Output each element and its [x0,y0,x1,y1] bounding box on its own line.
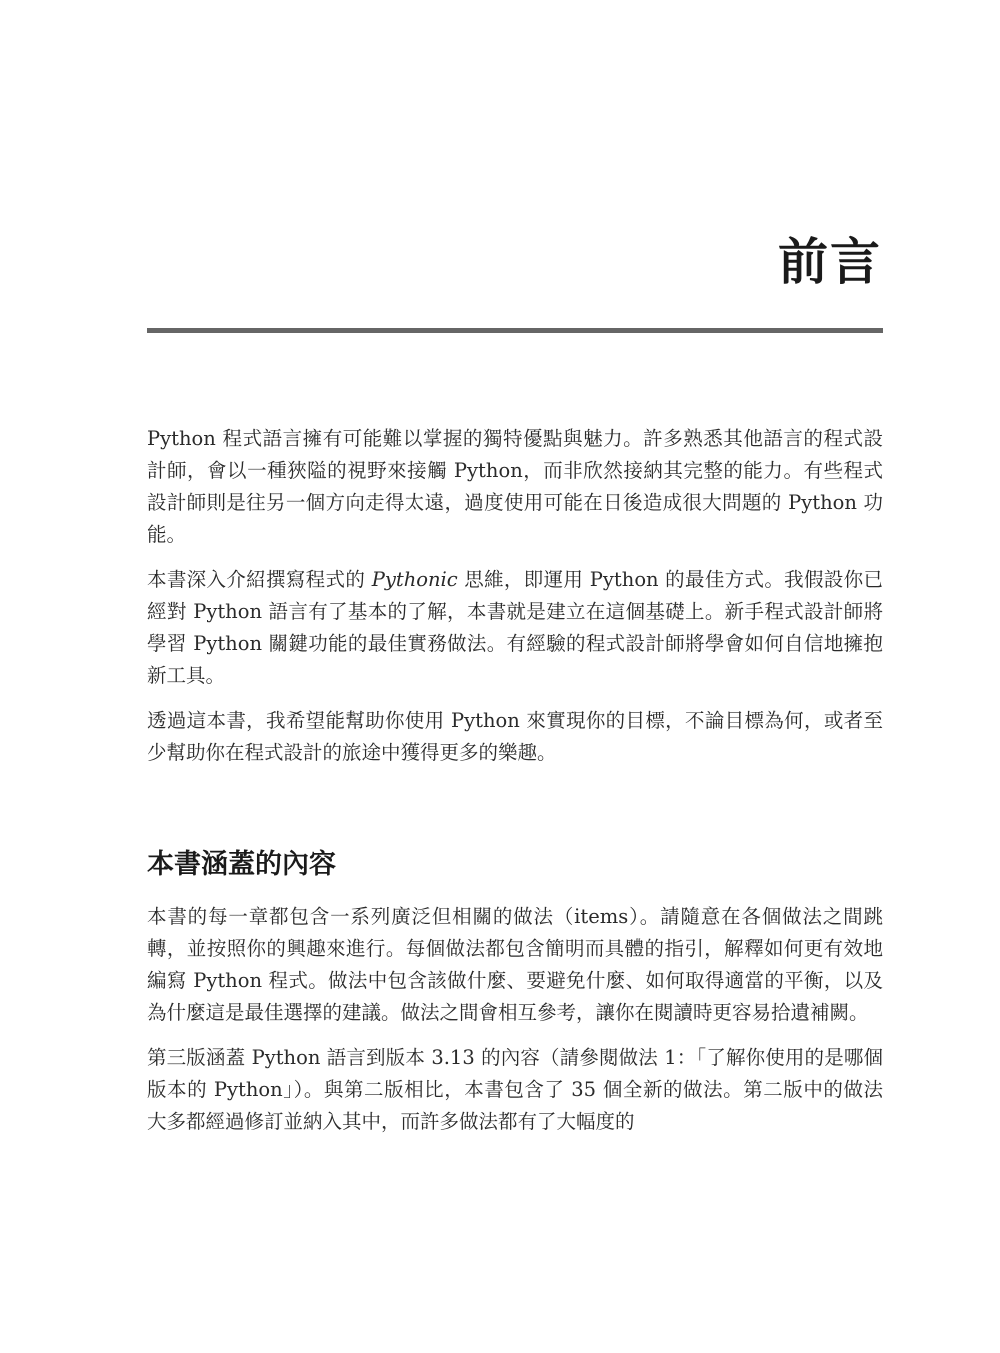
intro-section: Python 程式語言擁有可能難以掌握的獨特優點與魅力。許多熟悉其他語言的程式設… [147,423,883,782]
title-divider [147,328,883,333]
section-paragraph-2: 第三版涵蓋 Python 語言到版本 3.13 的內容（請參閱做法 1：「了解你… [147,1042,883,1138]
intro-paragraph-1: Python 程式語言擁有可能難以掌握的獨特優點與魅力。許多熟悉其他語言的程式設… [147,423,883,551]
section-heading: 本書涵蓋的內容 [147,842,883,881]
intro-paragraph-3: 透過這本書，我希望能幫助你使用 Python 來實現你的目標，不論目標為何，或者… [147,705,883,769]
pythonic-term: Pythonic [372,568,458,591]
intro-paragraph-2: 本書深入介紹撰寫程式的 Pythonic 思維，即運用 Python 的最佳方式… [147,564,883,692]
section-body: 本書的每一章都包含一系列廣泛但相關的做法（items）。請隨意在各個做法之間跳轉… [147,901,883,1151]
section-paragraph-1: 本書的每一章都包含一系列廣泛但相關的做法（items）。請隨意在各個做法之間跳轉… [147,901,883,1029]
section-heading-wrap: 本書涵蓋的內容 [147,842,883,881]
chapter-title: 前言 [778,222,882,294]
